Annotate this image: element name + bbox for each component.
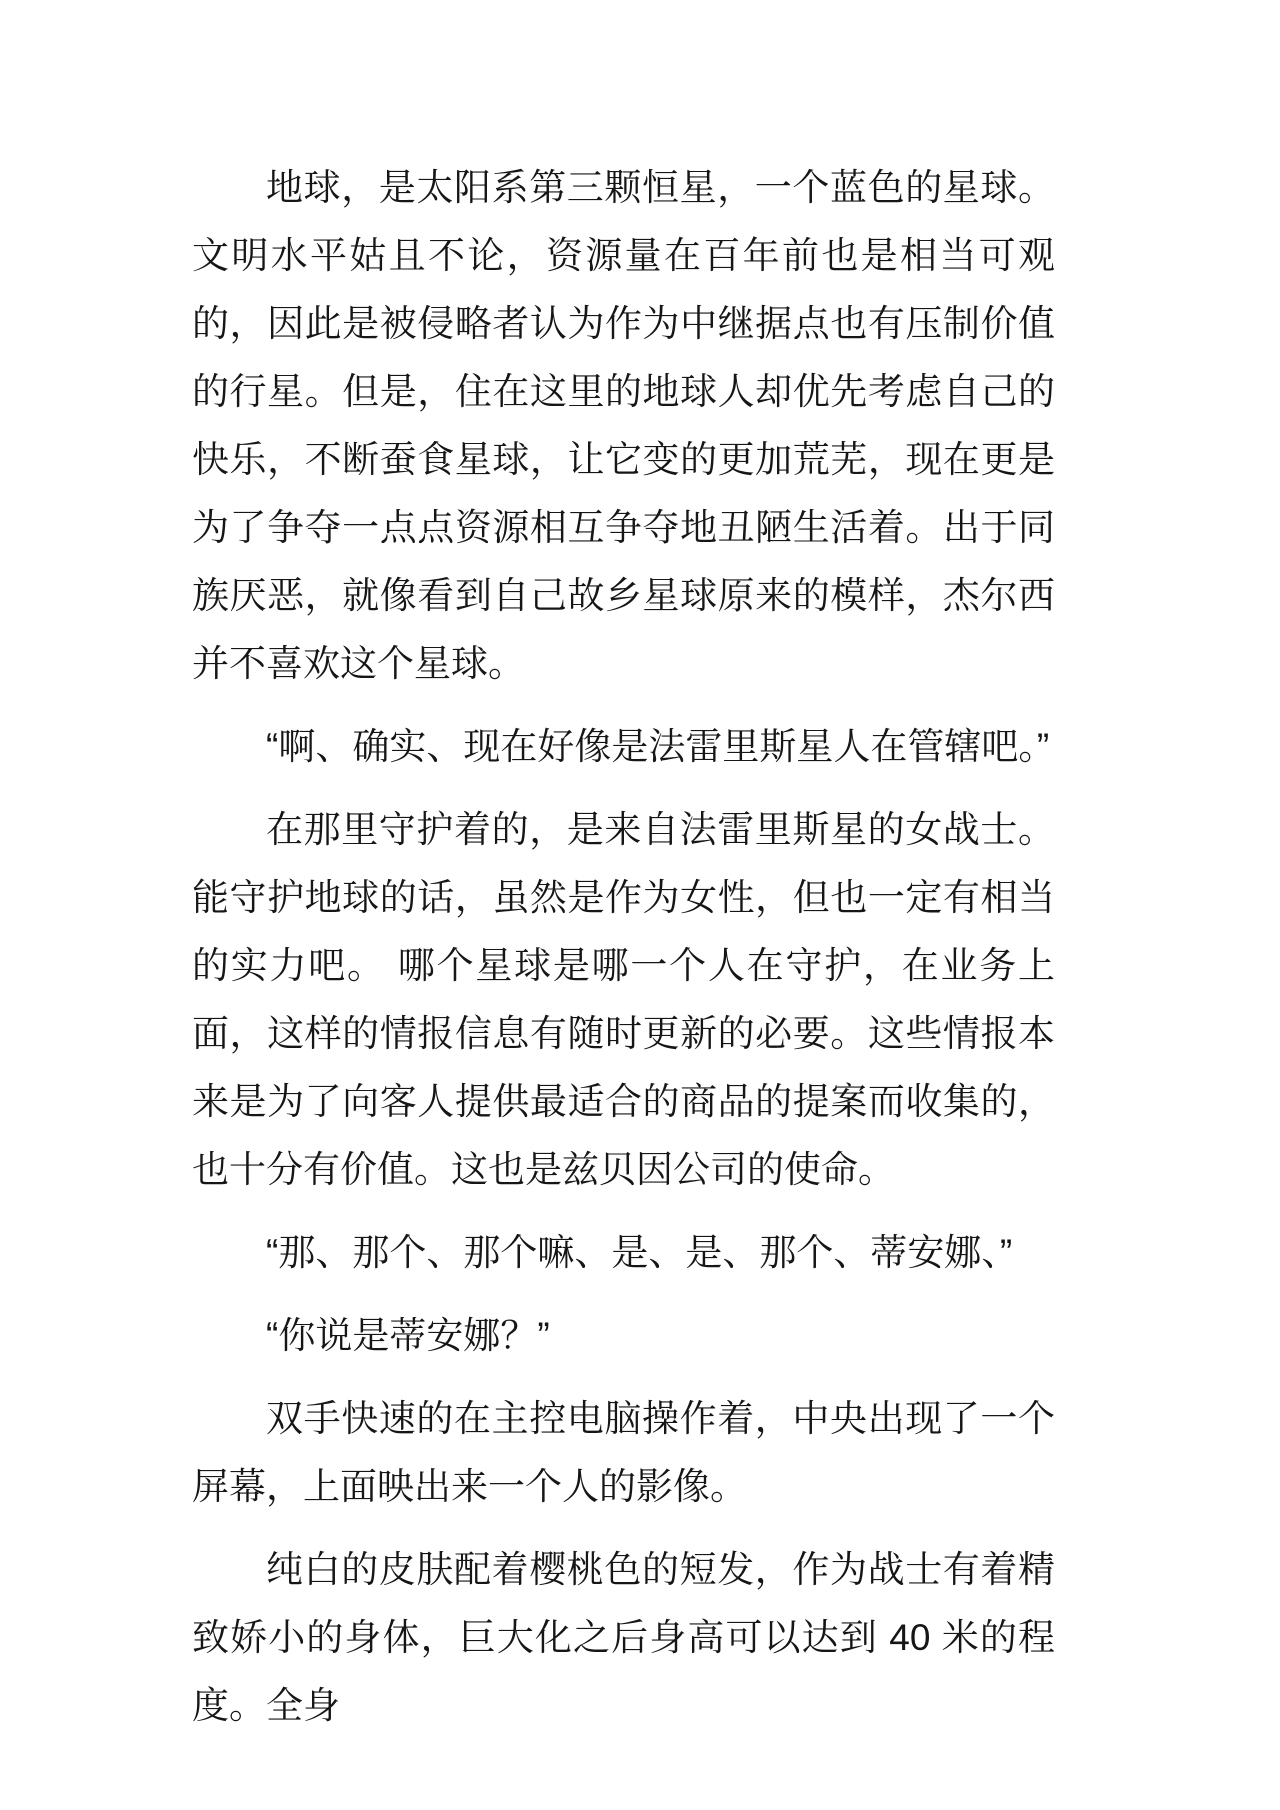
dialogue-paragraph: “啊、确实、现在好像是法雷里斯星人在管辖吧。” — [192, 713, 1055, 781]
dialogue-paragraph: “你说是蒂安娜？” — [192, 1302, 1055, 1370]
document-page: 地球，是太阳系第三颗恒星，一个蓝色的星球。文明水平姑且不论，资源量在百年前也是相… — [0, 0, 1280, 1810]
narration-paragraph: 双手快速的在主控电脑操作着，中央出现了一个屏幕，上面映出来一个人的影像。 — [192, 1385, 1055, 1521]
narration-paragraph: 在那里守护着的，是来自法雷里斯星的女战士。能守护地球的话，虽然是作为女性，但也一… — [192, 796, 1055, 1204]
narration-paragraph: 地球，是太阳系第三颗恒星，一个蓝色的星球。文明水平姑且不论，资源量在百年前也是相… — [192, 154, 1055, 698]
narration-paragraph: 纯白的皮肤配着樱桃色的短发，作为战士有着精致娇小的身体，巨大化之后身高可以达到 … — [192, 1536, 1055, 1740]
dialogue-paragraph: “那、那个、那个嘛、是、是、那个、蒂安娜、” — [192, 1219, 1055, 1287]
page-content: 地球，是太阳系第三颗恒星，一个蓝色的星球。文明水平姑且不论，资源量在百年前也是相… — [192, 154, 1055, 1740]
